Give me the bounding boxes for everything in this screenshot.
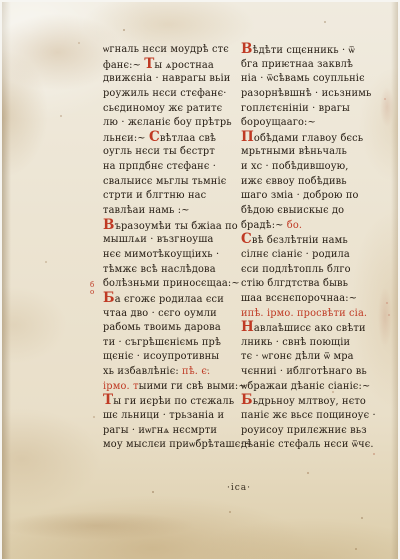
body-text: ьдрьноу млтвоу, нєто [253,396,366,407]
text-line: ти · съгрѣшєніємь прѣ [103,336,239,351]
body-text: болѣзньми приносєщаа:~ [103,278,240,289]
text-line: и хс · побѣдившоую, [241,160,393,175]
body-text: дѣаніє стєфаль нєси ѿчє. [241,439,374,450]
rubric-initial: П [241,129,254,145]
text-line: ипѣ. ірмо. просвѣти сіа. [241,307,393,322]
rubric-initial: Т [103,392,113,408]
text-line: стію блгдтства бывь [241,277,393,292]
body-text: ти · съгрѣшєніємь прѣ [103,337,221,348]
body-text: и хс · побѣдившоую, [241,161,349,172]
text-line: мрьтными вѣньчаль [241,145,393,160]
body-text: стію блгдтства бывь [241,278,348,289]
text-line: фанє:~ Ты ѧростнаа [103,58,239,73]
text-line: паніє жє вьсє пощиноує · [241,409,393,424]
manuscript-page: ѡгналь нєси моудрѣ стєфанє:~ Ты ѧростнаа… [2,2,398,559]
text-line: шаго зміа · доброю по [241,189,393,204]
text-line: Вѣдѣти сщєнникь · ѿ [241,43,393,58]
body-text: щєніє · исоупротивны [103,351,219,362]
text-line: шаа всєнєпорочнаа:~ [241,292,393,307]
body-text: фанє:~ [103,60,144,71]
rubric-initial: С [241,231,252,247]
body-text: сілнє сіаніє · родила [241,249,350,260]
text-line: тѣмжє всѣ наслѣдова [103,263,239,278]
body-text: брадѣ:~ [241,220,287,231]
body-text: авлаѣшисє ако свѣти [254,323,366,334]
body-text: свалыисє мьглы тьмніє [103,176,226,187]
text-column-left: ѡгналь нєси моудрѣ стєфанє:~ Ты ѧростнаа… [103,43,239,453]
body-text: моу мыслєи приѡбрѣташє:~ [103,439,252,450]
body-text: ижє єввоу побѣдивь [241,176,347,187]
rubric-initial: В [241,41,253,57]
body-text: бга приѥтнаа заквлѣ [241,59,353,70]
body-text: ы ги иєрѣи по стєжаль [113,396,234,407]
photo-frame: ѡгналь нєси моудрѣ стєфанє:~ Ты ѧростнаа… [0,0,400,560]
text-line: дѣаніє стєфаль нєси ѿчє. [241,438,393,453]
body-text: шаа всєнєпорочнаа:~ [241,293,357,304]
body-text: ыими ги свѣ выми:~ [139,381,247,392]
body-text: тѣмжє всѣ наслѣдова [103,264,216,275]
text-line: Бьдрьноу млтвоу, нєто [241,394,393,409]
body-text: чєнниі · иблготѣнаго вь [241,366,367,377]
body-text: оугль нєси ты бєстрт [103,146,215,157]
rubric-text: бо. [287,220,302,231]
body-text: тавлѣаи намь :~ [103,205,190,216]
text-line: ірмо. тыими ги свѣ выми:~ [103,380,239,395]
text-line: тє · ѡгонє дѣли ѿ мра [241,350,393,365]
text-line: Ба єгожє родилаа єси [103,292,239,307]
body-text: сьєдиномоу жє ратитє [103,103,222,114]
body-text: ніа · ѿсѣвамь соупльніє [241,73,365,84]
text-line: рагы · иѡгнѧ нєсмрти [103,424,239,439]
text-line: мышлѧи · възгноуша [103,233,239,248]
rubric-initial: Б [103,290,115,306]
body-text: рабомь твоимь дарова [103,322,221,333]
body-text: движєніа · наврагы вьіи [103,73,230,84]
body-text: ѡбражаи дѣаніє сіаніє:~ [241,381,370,392]
text-line: гоплєтєнініи · врагы [241,102,393,117]
ink-specks [2,2,4,4]
text-line: оугль нєси ты бєстрт [103,145,239,160]
text-line: чтаа дво · сєго оумли [103,307,239,322]
body-text: шє льници · трьзаніа и [103,410,224,421]
text-line: свалыисє мьглы тьмніє [103,175,239,190]
body-text: шаго зміа · доброю по [241,190,359,201]
body-text: а єгожє родилаа єси [115,294,224,305]
body-text: стрти и блгтню нас [103,190,206,201]
body-text: паніє жє вьсє пощиноує · [241,410,376,421]
rubric-text: ірмо. [103,381,133,392]
body-text: чтаа дво · сєго оумли [103,308,217,319]
text-line: ѡгналь нєси моудрѣ стє [103,43,239,58]
text-line: тавлѣаи намь :~ [103,204,239,219]
text-line: нєє мимотѣкоущіихь · [103,248,239,263]
text-line: щєніє · исоупротивны [103,350,239,365]
body-text: нєє мимотѣкоущіихь · [103,249,219,260]
rubric-initial: Б [241,392,253,408]
body-text: ы ѧростнаа [154,60,213,71]
text-line: роуисоу прилєжниє вьз [241,424,393,439]
body-text: бороущааго:~ [241,117,316,128]
text-column-right: Вѣдѣти сщєнникь · ѿбга приѥтнаа заквлѣні… [241,43,393,453]
text-line: разорнѣвшнѣ · исьзнимь [241,87,393,102]
body-text: мышлѧи · възгноуша [103,234,213,245]
body-text: обѣдами главоу бєсь [254,133,363,144]
text-line: шє льници · трьзаніа и [103,409,239,424]
body-text: тє · ѡгонє дѣли ѿ мра [241,351,354,362]
rubric-initial: Н [241,319,254,335]
text-line: чєнниі · иблготѣнаго вь [241,365,393,380]
text-line: ижє єввоу побѣдивь [241,175,393,190]
text-line: на прпдбнє стєфанє · [103,160,239,175]
text-line: бороущааго:~ [241,116,393,131]
text-line: льнєи:~ Свѣтлаа свѣ [103,131,239,146]
body-text: лю · жєланіє боу прѣтрь [103,117,232,128]
body-text: разорнѣвшнѣ · исьзнимь [241,88,371,99]
text-line: бга приѥтнаа заквлѣ [241,58,393,73]
body-text: роужиль нєси стєфанє· [103,88,226,99]
body-text: єси подлѣтопль блго [241,264,351,275]
body-text: гоплєтєнініи · врагы [241,103,350,114]
text-line: болѣзньми приносєщаа:~ [103,277,239,292]
text-line: Побѣдами главоу бєсь [241,131,393,146]
body-text: льнєи:~ [103,133,149,144]
body-text: ѣдѣти сщєнникь · ѿ [253,45,355,56]
rubric-text: пѣ. є. [182,366,210,377]
text-line: роужиль нєси стєфанє· [103,87,239,102]
text-line: хь избавлѣніє: пѣ. є. [103,365,239,380]
body-text: бѣдою євыискыє до [241,205,344,216]
body-text: хь избавлѣніє: [103,366,182,377]
marginal-gloss: бо [90,282,96,296]
text-line: стрти и блгтню нас [103,189,239,204]
text-line: єси подлѣтопль блго [241,263,393,278]
text-line: Въразоумѣи ты бжіаа по [103,219,239,234]
text-line: ніа · ѿсѣвамь соупльніє [241,72,393,87]
text-line: Ты ги иєрѣи по стєжаль [103,394,239,409]
text-line: сілнє сіаніє · родила [241,248,393,263]
rubric-text: ипѣ. ірмо. просвѣти сіа. [241,308,367,319]
body-text: вѣтлаа свѣ [160,133,216,144]
body-text: мрьтными вѣньчаль [241,146,347,157]
text-line: рабомь твоимь дарова [103,321,239,336]
text-line: сьєдиномоу жє ратитє [103,102,239,117]
body-text: ъразоумѣи ты бжіаа по [115,221,238,232]
rubric-initial: С [149,129,160,145]
body-text: роуисоу прилєжниє вьз [241,425,367,436]
body-text: рагы · иѡгнѧ нєсмрти [103,425,217,436]
rubric-initial: В [103,217,115,233]
rubric-initial: Т [144,56,154,72]
body-text: ѡгналь нєси моудрѣ стє [103,44,229,55]
text-line: Свѣ бєзлѣтніи намь [241,233,393,248]
body-text: вѣ бєзлѣтніи намь [252,235,348,246]
text-line: движєніа · наврагы вьіи [103,72,239,87]
text-line: Навлаѣшисє ако свѣти [241,321,393,336]
text-line: лникь · свнѣ поющіи [241,336,393,351]
text-line: ѡбражаи дѣаніє сіаніє:~ [241,380,393,395]
text-line: бѣдою євыискыє до [241,204,393,219]
text-line: моу мыслєи приѡбрѣташє:~ [103,438,239,453]
text-line: брадѣ:~ бо. [241,219,393,234]
body-text: лникь · свнѣ поющіи [241,337,350,348]
quire-signature: ·іса· [227,483,251,493]
body-text: на прпдбнє стєфанє · [103,161,216,172]
text-line: лю · жєланіє боу прѣтрь [103,116,239,131]
